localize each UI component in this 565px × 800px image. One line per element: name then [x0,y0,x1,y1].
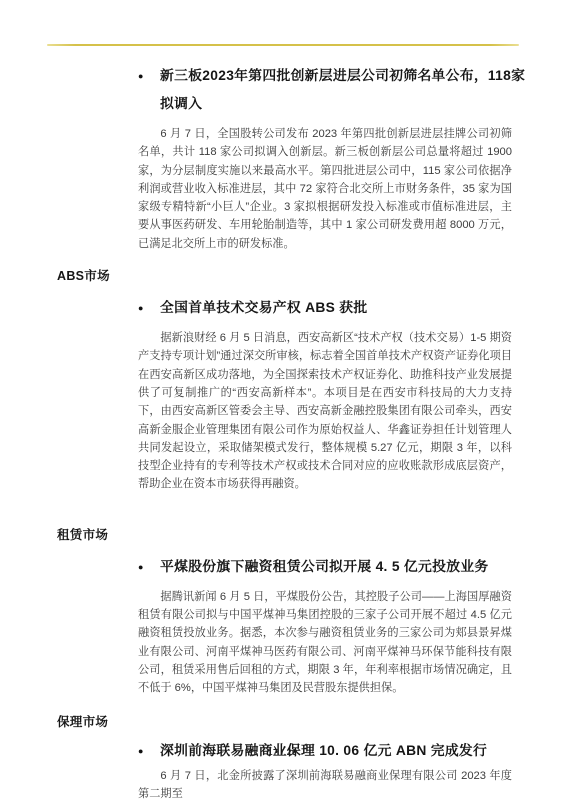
news-title: 平煤股份旗下融资租赁公司拟开展 4. 5 亿元投放业务 [160,553,489,581]
section-leasing-market: 租赁市场 ● 平煤股份旗下融资租赁公司拟开展 4. 5 亿元投放业务 据腾讯新闻… [57,527,519,698]
news-body: 6 月 7 日，全国股转公司发布 2023 年第四批创新层进层挂牌公司初筛名单，… [138,125,512,253]
news-title: 全国首单技术交易产权 ABS 获批 [160,294,367,322]
news-title: 新三板2023年第四批创新层进层公司初筛名单公布，118家拟调入 [160,62,528,118]
bullet-icon: ● [138,553,160,581]
news-title-row: ● 平煤股份旗下融资租赁公司拟开展 4. 5 亿元投放业务 [138,553,528,581]
top-accent-line [47,44,519,46]
news-body: 据新浪财经 6 月 5 日消息，西安高新区“技术产权（技术交易）1-5 期资产支… [138,329,512,494]
page-number: 17 / 20 [0,747,565,757]
news-title-row: ● 全国首单技术交易产权 ABS 获批 [138,294,528,322]
section-header-abs: ABS市场 [57,268,519,285]
bullet-icon: ● [138,62,160,90]
section-header-factoring: 保理市场 [57,714,519,731]
news-body: 据腾讯新闻 6 月 5 日，平煤股份公告，其控股子公司——上海国厚融资租赁有限公… [138,588,512,698]
section-abs-market: ABS市场 ● 全国首单技术交易产权 ABS 获批 据新浪财经 6 月 5 日消… [57,268,519,494]
document-page: ● 新三板2023年第四批创新层进层公司初筛名单公布，118家拟调入 6 月 7… [0,0,565,800]
bullet-icon: ● [138,294,160,322]
page-content: ● 新三板2023年第四批创新层进层公司初筛名单公布，118家拟调入 6 月 7… [57,58,519,800]
section-header-leasing: 租赁市场 [57,527,519,544]
news-title-row: ● 新三板2023年第四批创新层进层公司初筛名单公布，118家拟调入 [138,62,528,118]
news-body: 6 月 7 日，北金所披露了深圳前海联易融商业保理有限公司 2023 年度第二期… [138,767,512,800]
section-neeq-continued: ● 新三板2023年第四批创新层进层公司初筛名单公布，118家拟调入 6 月 7… [57,62,519,253]
